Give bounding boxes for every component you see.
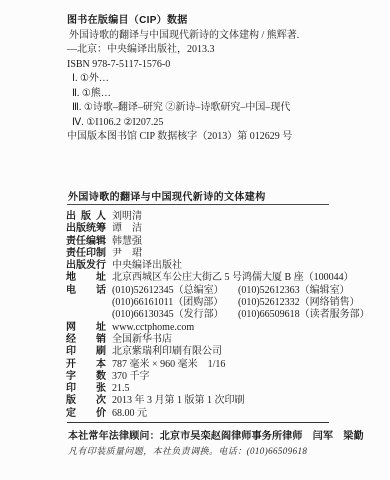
colophon-row-address: 地址 北京西城区车公庄大街乙 5 号鸿儒大厦 B 座（100044） [66,272,370,284]
row-value: 尹 珺 [112,248,142,260]
colophon-row-editor: 责任编辑 韩慧强 [66,236,370,248]
row-label: 印张 [66,383,106,395]
row-value: 谭 洁 [112,223,142,235]
row-label: 出版发行 [66,260,106,272]
row-value: 370 千字 [112,371,150,383]
quality-exchange-note: 凡有印装质量问题，本社负责调换。电话：(010)66509618 [68,444,307,457]
row-label: 印刷 [66,346,106,358]
row-value: 中央编译出版社 [112,260,182,272]
row-value: 刘明清 [112,211,142,223]
colophon-row-distribution: 经销 全国新华书店 [66,334,370,346]
colophon-row-print-supervisor: 责任印制 尹 珺 [66,248,370,260]
row-label: 网址 [66,322,106,334]
colophon-row-price: 定价 68.00 元 [66,408,370,420]
row-label: 电话 [66,285,106,297]
cip-line-registry-number: 中国版本图书馆 CIP 数据核字（2013）第 012629 号 [67,130,342,145]
colophon-row-sheets: 印张 21.5 [66,383,370,395]
row-value: 2013 年 3 月第 1 版第 1 次印刷 [112,395,245,407]
row-label: 责任印制 [66,248,106,260]
row-value: www.cctphome.com [112,322,194,334]
row-label: 经销 [66,334,106,346]
colophon-table: 出版人 刘明清 出版统筹 谭 洁 责任编辑 韩慧强 责任印制 尹 珺 出版发行 … [66,211,370,420]
phone-col-1: (010)52612345（总编室） [112,285,238,297]
cip-line-title-author: 外国诗歌的翻译与中国现代新诗的文体建构 / 熊辉著. [67,29,342,44]
colophon-row-publishing-house: 出版发行 中央编译出版社 [66,260,370,272]
cip-line-publisher: —北京：中央编译出版社，2013.3 [67,43,342,58]
cip-line-class-1: Ⅰ. ①外… [67,72,342,87]
row-label: 地址 [66,272,106,284]
row-label: 出版人 [66,211,106,223]
row-label: 出版统筹 [66,223,106,235]
cip-line-class-3: Ⅲ. ①诗歌–翻译–研究 ②新诗–诗歌研究–中国–现代 [67,101,342,116]
row-label: 版次 [66,395,106,407]
cip-line-class-4: Ⅳ. ①I106.2 ②I207.25 [67,116,342,131]
row-value: 北京紫瑞利印刷有限公司 [112,346,222,358]
legal-advisor-notice: 本社常年法律顾问：北京市吴栾赵阎律师事务所律师 闫军 梁勤 [68,427,364,442]
row-value: 787 毫米 × 960 毫米 1/16 [112,359,225,371]
row-value: 北京西城区车公庄大街乙 5 号鸿儒大厦 B 座（100044） [112,272,354,284]
colophon-row-printer: 印刷 北京紫瑞利印刷有限公司 [66,346,370,358]
row-label: 责任编辑 [66,236,106,248]
colophon-row-word-count: 字数 370 千字 [66,371,370,383]
cip-line-class-2: Ⅱ. ①熊… [67,87,342,102]
colophon-row-phone-3: (010)66130345（发行部）(010)66509618（读者服务部） [66,309,370,321]
row-value: 全国新华书店 [112,334,172,346]
title-divider [67,204,329,205]
colophon-row-edition: 版次 2013 年 3 月第 1 版第 1 次印刷 [66,395,370,407]
colophon-page: 图书在版编目（CIP）数据 外国诗歌的翻译与中国现代新诗的文体建构 / 熊辉著.… [0,0,390,480]
colophon-row-phone-2: (010)66161011（团购部）(010)52612332（网络销售） [66,297,370,309]
row-label: 定价 [66,408,106,420]
phone-col-2: (010)52612363（编辑室） [238,285,350,296]
phone-col-1: (010)66130345（发行部） [112,309,238,321]
row-value: 21.5 [112,383,130,395]
row-value: 韩慧强 [112,236,142,248]
colophon-row-format: 开本 787 毫米 × 960 毫米 1/16 [66,359,370,371]
cip-header: 图书在版编目（CIP）数据 [67,14,342,29]
colophon-row-phone-1: 电话 (010)52612345（总编室）(010)52612363（编辑室） [66,285,370,297]
phone-col-1: (010)66161011（团购部） [112,297,238,309]
footer-divider [67,422,329,423]
colophon-row-publisher-person: 出版人 刘明清 [66,211,370,223]
row-label [66,297,106,309]
row-label: 字数 [66,371,106,383]
phone-col-2: (010)52612332（网络销售） [238,297,360,308]
phone-col-2: (010)66509618（读者服务部） [238,309,370,320]
row-label: 开本 [66,359,106,371]
cip-block: 图书在版编目（CIP）数据 外国诗歌的翻译与中国现代新诗的文体建构 / 熊辉著.… [67,14,342,145]
book-title: 外国诗歌的翻译与中国现代新诗的文体建构 [68,188,266,203]
colophon-row-website: 网址 www.cctphome.com [66,322,370,334]
colophon-row-planning: 出版统筹 谭 洁 [66,223,370,235]
row-value: 68.00 元 [112,408,147,420]
cip-line-isbn: ISBN 978-7-5117-1576-0 [67,58,342,73]
row-label [66,309,106,321]
